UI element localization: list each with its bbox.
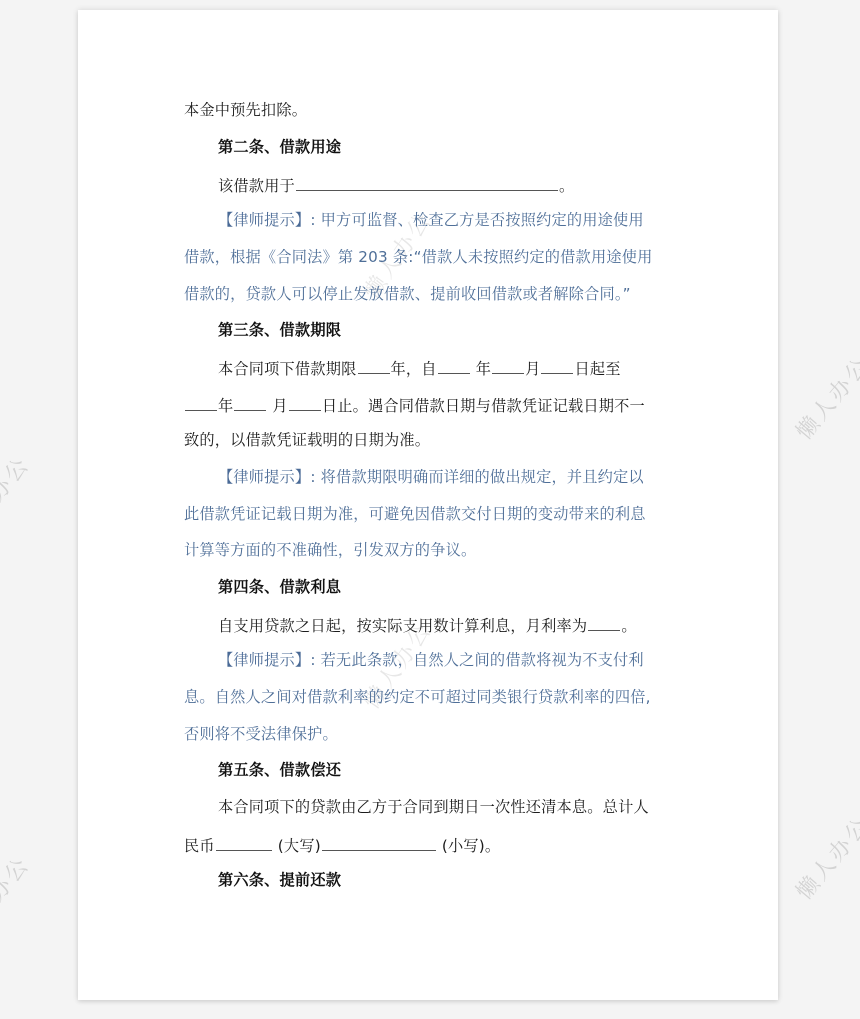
section-heading-4: 第四条、借款利息 — [218, 577, 341, 597]
fill-blank-start-month[interactable] — [492, 357, 524, 374]
fill-blank-years[interactable] — [358, 357, 390, 374]
section-heading-5: 第五条、借款偿还 — [218, 760, 341, 780]
section-heading-3: 第三条、借款期限 — [218, 320, 341, 340]
watermark: 懒人办公 — [0, 849, 36, 946]
note-label: 【律师提示】 — [218, 211, 310, 229]
text: 月 — [525, 360, 540, 378]
paragraph-line: 本金中预先扣除。 — [184, 100, 307, 120]
fill-blank-purpose[interactable] — [296, 174, 558, 191]
paragraph-line: 该借款用于。 — [218, 174, 574, 194]
text: 日起至 — [574, 360, 620, 378]
text: 日止。遇合同借款日期与借款凭证记载日期不一 — [322, 397, 645, 415]
text: 自支用贷款之日起，按实际支用数计算利息，月利率为 — [218, 617, 587, 635]
paragraph-line: 自支用贷款之日起，按实际支用数计算利息，月利率为。 — [218, 614, 637, 634]
watermark: 懒人办公 — [788, 809, 860, 906]
paragraph-line: 民币 (大写) (小写)。 — [184, 834, 500, 854]
lawyer-note: 【律师提示】: 甲方可监督、检查乙方是否按照约定的用途使用 — [218, 210, 644, 230]
paragraph-line: 致的，以借款凭证载明的日期为准。 — [184, 430, 430, 450]
text: 本合同项下借款期限 — [218, 360, 357, 378]
text: 。 — [621, 617, 636, 635]
note-text: : 甲方可监督、检查乙方是否按照约定的用途使用 — [310, 211, 643, 229]
note-label: 【律师提示】 — [218, 651, 310, 669]
fill-blank-amount-lowercase[interactable] — [322, 834, 436, 851]
paragraph-line: 本合同项下借款期限年，自 年月日起至 — [218, 357, 621, 377]
lawyer-note: 【律师提示】: 若无此条款，自然人之间的借款将视为不支付利 — [218, 650, 644, 670]
lawyer-note-line: 息。自然人之间对借款利率的约定不可超过同类银行贷款利率的四倍, — [184, 687, 651, 707]
fill-blank-start-year[interactable] — [438, 357, 470, 374]
note-label: 【律师提示】 — [218, 468, 310, 486]
fill-blank-monthly-rate[interactable] — [588, 614, 620, 631]
watermark: 懒人办公 — [0, 449, 36, 546]
lawyer-note-line: 借款的，贷款人可以停止发放借款、提前收回借款或者解除合同。” — [184, 284, 631, 304]
text: 民币 — [184, 837, 215, 855]
note-text: : 若无此条款，自然人之间的借款将视为不支付利 — [310, 651, 643, 669]
lawyer-note-line: 计算等方面的不准确性，引发双方的争议。 — [184, 540, 476, 560]
text: (小写)。 — [437, 837, 500, 855]
lawyer-note: 【律师提示】: 将借款期限明确而详细的做出规定，并且约定以 — [218, 467, 644, 487]
text: (大写) — [273, 837, 321, 855]
lawyer-note-line: 借款，根据《合同法》第 203 条:“借款人未按照约定的借款用途使用 — [184, 247, 653, 267]
text: 该借款用于 — [218, 177, 295, 195]
text: 年 — [218, 397, 233, 415]
text: 月 — [267, 397, 287, 415]
fill-blank-end-day[interactable] — [289, 394, 321, 411]
section-heading-6: 第六条、提前还款 — [218, 870, 341, 890]
lawyer-note-line: 否则将不受法律保护。 — [184, 724, 338, 744]
text: 年，自 — [391, 360, 437, 378]
fill-blank-amount-uppercase[interactable] — [216, 834, 272, 851]
section-heading-2: 第二条、借款用途 — [218, 137, 341, 157]
fill-blank-start-day[interactable] — [541, 357, 573, 374]
text: 年 — [471, 360, 491, 378]
paragraph-line: 年 月日止。遇合同借款日期与借款凭证记载日期不一 — [184, 394, 645, 414]
fill-blank-end-month[interactable] — [234, 394, 266, 411]
watermark: 懒人办公 — [788, 349, 860, 446]
document-page: 懒人办公 懒人办公 本金中预先扣除。 第二条、借款用途 该借款用于。 【律师提示… — [78, 10, 778, 1000]
lawyer-note-line: 此借款凭证记载日期为准，可避免因借款交付日期的变动带来的利息 — [184, 504, 646, 524]
fill-blank-end-year[interactable] — [185, 394, 217, 411]
text: 。 — [559, 177, 574, 195]
note-text: : 将借款期限明确而详细的做出规定，并且约定以 — [310, 468, 643, 486]
paragraph-line: 本合同项下的贷款由乙方于合同到期日一次性还清本息。总计人 — [218, 797, 649, 817]
